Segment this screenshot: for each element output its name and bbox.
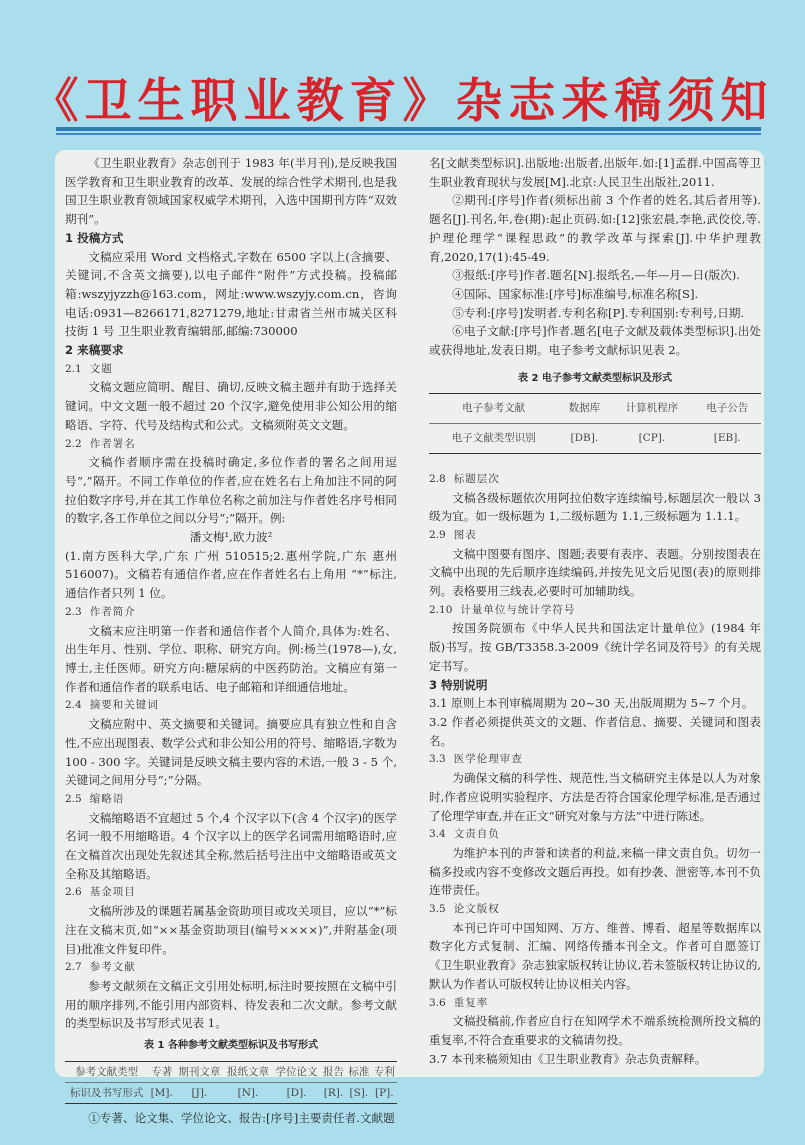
section-1-heading: 1 投稿方式 (65, 229, 397, 248)
table-2-data-row: 电子文献类型识别 [DB]. [CP]. [EB]. (429, 424, 761, 454)
section-3-3-heading: 3.3医学伦理审查 (429, 750, 761, 769)
table-cell: [J]. (175, 1082, 224, 1103)
table-cell: 标识及书写形式 (65, 1082, 148, 1103)
reference-format-3: ③报纸:[序号]作者.题名[N].报纸名,—年—月—日(版次). (429, 266, 761, 285)
section-2-6-body: 文稿所涉及的课题若属基金资助项目或攻关项目，应以“*”标注在文稿末页,如“××基… (65, 902, 397, 958)
section-2-5-heading: 2.5缩略语 (65, 790, 397, 809)
table-1: 参考文献类型 专著 期刊文章 报纸文章 学位论文 报告 标准 专利 标识及书写形… (65, 1061, 397, 1104)
section-3-3-body: 为确保文稿的科学性、规范性,当文稿研究主体是以人为对象时,作者应说明实验程序、方… (429, 769, 761, 825)
page-title: 《卫生职业教育》杂志来稿须知 (0, 72, 805, 132)
table-cell: 学位论文 (272, 1061, 321, 1082)
section-3-4-heading: 3.4文责自负 (429, 825, 761, 844)
table-cell: 专著 (148, 1061, 175, 1082)
content-panel: 《卫生职业教育》杂志创刊于 1983 年(半月刊),是反映我国医学教育和卫生职业… (55, 150, 764, 1077)
section-2-7-heading: 2.7参考文献 (65, 958, 397, 977)
table-cell: [P]. (372, 1082, 397, 1103)
table-cell: 期刊文章 (175, 1061, 224, 1082)
section-3-heading: 3 特别说明 (429, 676, 761, 695)
section-2-2-body: 文稿作者顺序需在投稿时确定,多位作者的署名之间用逗号“,”隔开。不同工作单位的作… (65, 453, 397, 528)
section-2-8-heading: 2.8标题层次 (429, 470, 761, 489)
section-3-4-body: 为维护本刊的声誉和读者的利益,来稿一律文责自负。切勿一稿多投或内容不变修改文题后… (429, 844, 761, 900)
table-cell: [D]. (272, 1082, 321, 1103)
table-cell: 报告 (321, 1061, 346, 1082)
table-1-caption: 表 1 各种参考文献类型标识及书写形式 (65, 1037, 397, 1056)
title-rule-thick (56, 127, 761, 131)
reference-format-2: ②期刊:[序号]作者(须标出前 3 个作者的姓名,其后者用等).题名[J].刊名… (429, 191, 761, 266)
left-column: 《卫生职业教育》杂志创刊于 1983 年(半月刊),是反映我国医学教育和卫生职业… (65, 154, 397, 1127)
section-2-4-heading: 2.4摘要和关键词 (65, 696, 397, 715)
table-2-header-row: 电子参考文献 数据库 计算机程序 电子公告 (429, 394, 761, 424)
table-cell: [S]. (346, 1082, 371, 1103)
section-3-2: 3.2 作者必须提供英文的文题、作者信息、摘要、关键词和图表名。 (429, 713, 761, 750)
table-1-data-row: 标识及书写形式 [M]. [J]. [N]. [D]. [R]. [S]. [P… (65, 1082, 397, 1103)
table-cell: 数据库 (558, 394, 610, 424)
section-2-7-body: 参考文献须在文稿正文引用处标明,标注时要按照在文稿中引用的顺序排列,不能引用内部… (65, 977, 397, 1033)
table-cell: 标准 (346, 1061, 371, 1082)
section-2-3-body: 文稿末应注明第一作者和通信作者个人简介,具体为:姓名、出生年月、性别、学位、职称… (65, 622, 397, 697)
section-2-6-heading: 2.6基金项目 (65, 883, 397, 902)
section-2-2-body-cont: (1.南方医科大学,广东 广州 510515;2.惠州学院,广东 惠州 5160… (65, 547, 397, 603)
section-3-5-body: 本刊已许可中国知网、万方、维普、博看、超星等数据库以数字化方式复制、汇编、网络传… (429, 919, 761, 994)
section-1-body: 文稿应采用 Word 文档格式,字数在 6500 字以上(含摘要、关键词,不含英… (65, 248, 397, 342)
section-3-1: 3.1 原则上本刊审稿周期为 20~30 天,出版周期为 5~7 个月。 (429, 694, 761, 713)
section-3-7: 3.7 本刊来稿须知由《卫生职业教育》杂志负责解释。 (429, 1050, 761, 1069)
section-2-8-body: 文稿各级标题依次用阿拉伯数字连续编号,标题层次一般以 3 级为宜。如一级标题为 … (429, 489, 761, 526)
table-2: 电子参考文献 数据库 计算机程序 电子公告 电子文献类型识别 [DB]. [CP… (429, 393, 761, 453)
table-cell: [EB]. (693, 424, 761, 454)
reference-format-6: ⑥电子文献:[序号]作者.题名[电子文献及载体类型标识].出处或获得地址,发表日… (429, 322, 761, 359)
title-rule-thin (56, 133, 761, 135)
section-2-2-heading: 2.2作者署名 (65, 435, 397, 454)
section-3-5-heading: 3.5论文版权 (429, 900, 761, 919)
table-cell: 电子文献类型识别 (429, 424, 558, 454)
section-2-4-body: 文稿应附中、英文摘要和关键词。摘要应具有独立性和自含性,不应出现图表、数学公式和… (65, 715, 397, 790)
section-2-10-body: 按国务院颁布《中华人民共和国法定计量单位》(1984 年版)书写。按 GB/T3… (429, 619, 761, 675)
table-cell: [CP]. (610, 424, 693, 454)
intro-paragraph: 《卫生职业教育》杂志创刊于 1983 年(半月刊),是反映我国医学教育和卫生职业… (65, 154, 397, 229)
table-cell: 参考文献类型 (65, 1061, 148, 1082)
table-cell: 电子参考文献 (429, 394, 558, 424)
reference-format-4: ④国际、国家标准:[序号]标准编号,标准名称[S]. (429, 285, 761, 304)
table-cell: [M]. (148, 1082, 175, 1103)
author-example: 潘文梅¹,欧力波² (65, 528, 397, 547)
section-3-6-body: 文稿投稿前,作者应自行在知网学术不端系统检测所投文稿的重复率,不符合查重要求的文… (429, 1012, 761, 1049)
right-column: 名[文献类型标识].出版地:出版者,出版年.如:[1]孟群.中国高等卫生职业教育… (429, 154, 761, 1068)
table-cell: [R]. (321, 1082, 346, 1103)
section-2-10-heading: 2.10计量单位与统计学符号 (429, 601, 761, 620)
table-cell: 计算机程序 (610, 394, 693, 424)
section-2-9-heading: 2.9图表 (429, 526, 761, 545)
section-2-9-body: 文稿中图要有图序、图题;表要有表序、表题。分别按图表在文稿中出现的先后顺序连续编… (429, 545, 761, 601)
reference-format-1-cont: 名[文献类型标识].出版地:出版者,出版年.如:[1]孟群.中国高等卫生职业教育… (429, 154, 761, 191)
section-2-3-heading: 2.3作者简介 (65, 603, 397, 622)
reference-format-1: ①专著、论文集、学位论文、报告:[序号]主要责任者.文献题 (65, 1109, 397, 1128)
table-cell: [N]. (224, 1082, 273, 1103)
section-2-5-body: 文稿缩略语不宜超过 5 个,4 个汉字以下(含 4 个汉字)的医学名词一般不用缩… (65, 809, 397, 884)
section-3-6-heading: 3.6重复率 (429, 994, 761, 1013)
table-cell: 电子公告 (693, 394, 761, 424)
section-2-1-body: 文稿文题应简明、醒目、确切,反映文稿主题并有助于选择关键词。中文文题一般不超过 … (65, 378, 397, 434)
section-2-heading: 2 来稿要求 (65, 341, 397, 360)
section-2-1-heading: 2.1文题 (65, 360, 397, 379)
table-2-caption: 表 2 电子参考文献类型标识及形式 (429, 370, 761, 389)
table-1-header-row: 参考文献类型 专著 期刊文章 报纸文章 学位论文 报告 标准 专利 (65, 1061, 397, 1082)
reference-format-5: ⑤专利:[序号]发明者.专利名称[P].专利国别:专利号,日期. (429, 304, 761, 323)
table-cell: [DB]. (558, 424, 610, 454)
table-cell: 专利 (372, 1061, 397, 1082)
table-cell: 报纸文章 (224, 1061, 273, 1082)
